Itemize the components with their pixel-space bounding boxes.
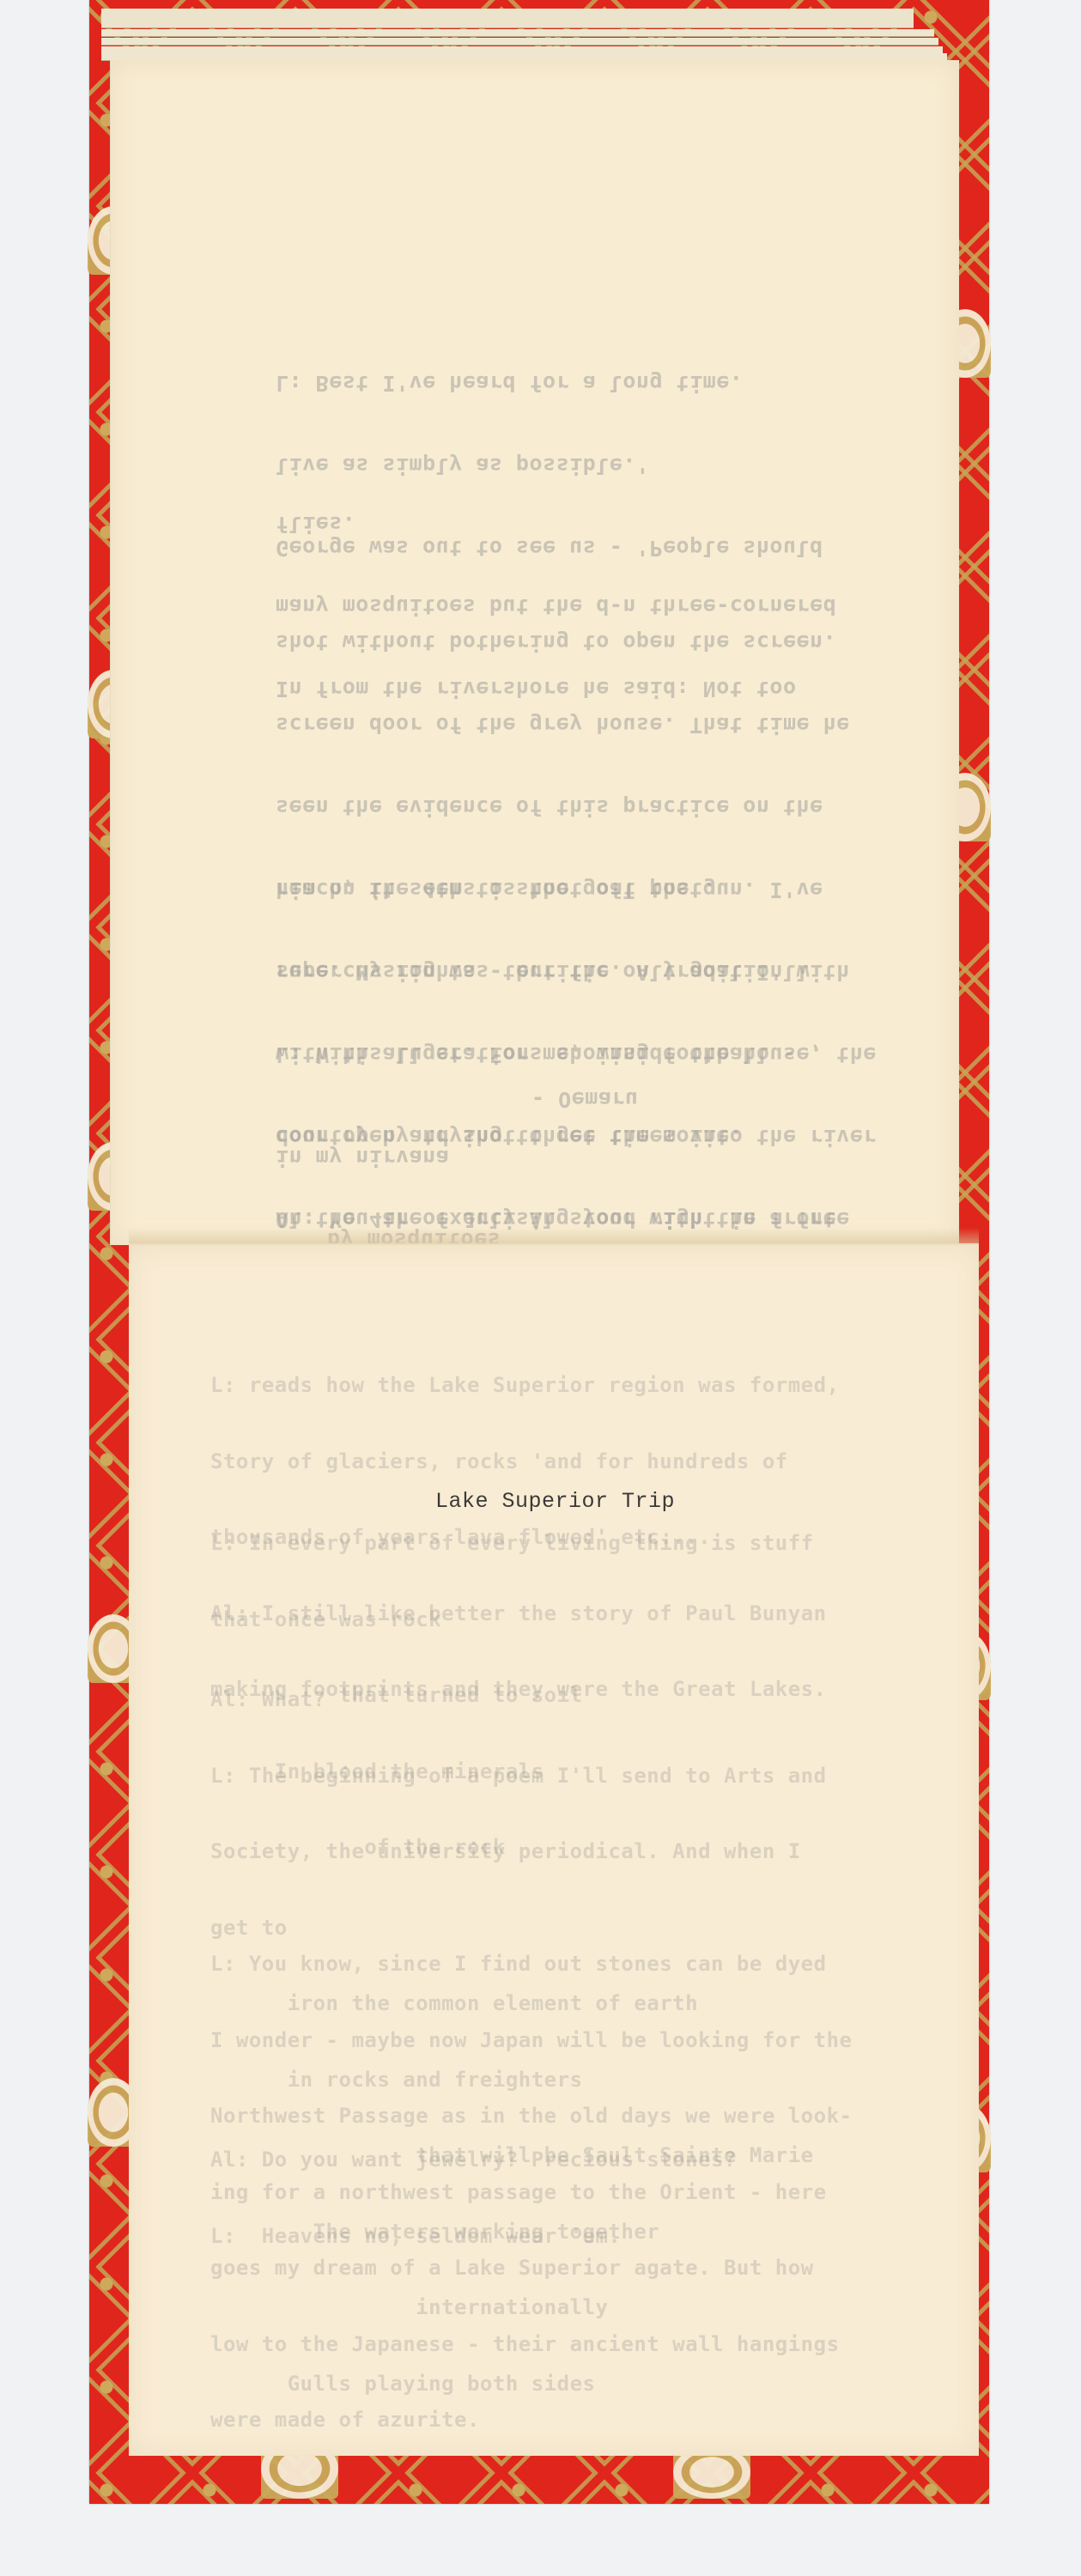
bleed-line: that once was rock	[210, 1607, 814, 1633]
bleed-line: Society, the university periodical. And …	[210, 1839, 827, 1865]
bleed-line: reach, it seems is the goal post.	[276, 876, 850, 903]
bleed-line: were made of azurite.	[210, 2408, 852, 2433]
page-stack-edge	[101, 38, 938, 46]
page-title: Lake Superior Trip	[435, 1489, 675, 1514]
bleed-line: L: Heavens no, seldom wear 'em.	[210, 2224, 737, 2250]
bleed-line: Story of glaciers, rocks 'and for hundre…	[210, 1449, 840, 1475]
bleed-line: flies.	[276, 510, 836, 538]
bleed-line: I wonder - maybe now Japan will be looki…	[210, 2028, 852, 2054]
bleed-line: low to the Japanese - their ancient wall…	[210, 2332, 852, 2358]
bleed-line: screen door of the grey house. That time…	[276, 711, 877, 738]
bleed-line: seen the evidence of this practice on th…	[276, 793, 877, 821]
bleed-line: L: The beginning of a poem I'll send to …	[210, 1764, 827, 1789]
bleed-line: sure. My rights - but the only goal I'll	[276, 958, 850, 986]
bleed-block: Al: Do you want jewelry? Precious stones…	[210, 2097, 737, 2300]
page-stack-edge	[101, 29, 934, 37]
bleed-line: L: You know, since I find out stones can…	[210, 1952, 852, 1978]
bleed-line: L: reads how the Lake Superior region wa…	[210, 1373, 840, 1399]
bleed-line: Al: Do you want jewelry? Precious stones…	[210, 2148, 737, 2173]
page-stack-edge	[101, 9, 914, 28]
upper-page[interactable]: George was out to see us - 'People shoul…	[110, 60, 959, 1245]
bleed-line: in my nirvana	[276, 1144, 556, 1171]
bleed-line: L: Best I've heard for a long time.	[276, 369, 823, 397]
bleed-line: shot without bothering to open the scree…	[276, 629, 877, 656]
lower-page[interactable]: L: reads how the Lake Superior region wa…	[129, 1243, 979, 2456]
bleed-line: Al: What?	[210, 1687, 827, 1713]
bleed-line: L: In every part of every living thing i…	[210, 1531, 814, 1557]
